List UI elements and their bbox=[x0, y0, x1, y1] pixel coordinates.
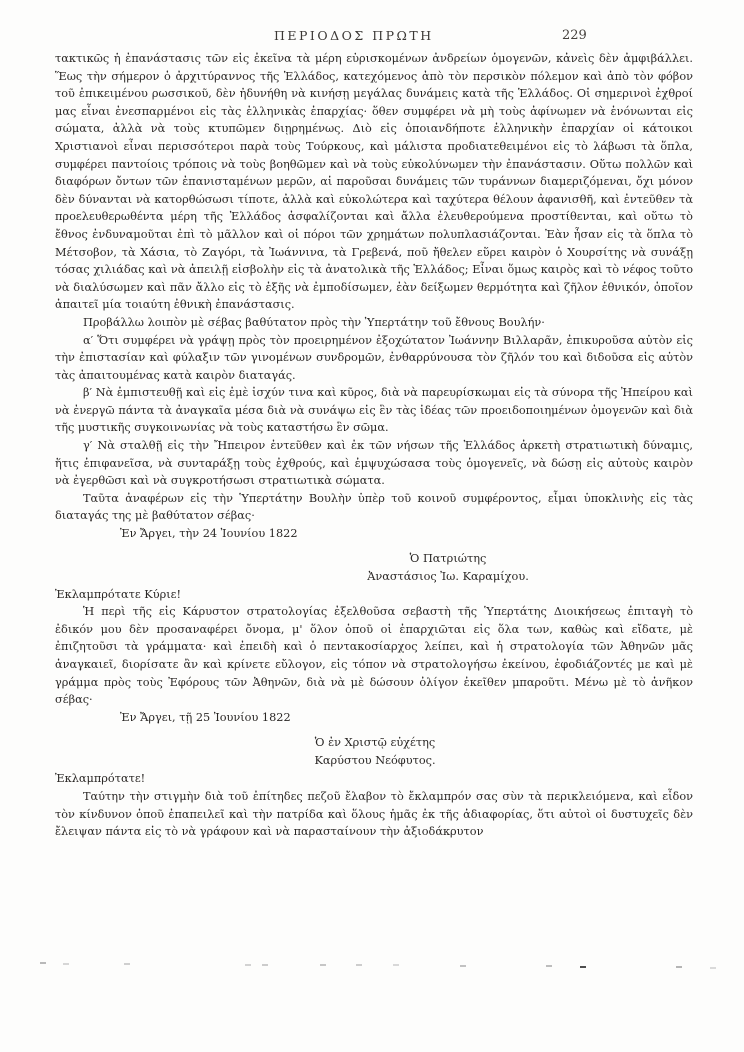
dateline-second-letter: Ἐν Ἄργει, τῇ 25 Ἰουνίου 1822 bbox=[55, 709, 693, 727]
dateline-first-letter: Ἐν Ἄργει, τὴν 24 Ἰουνίου 1822 bbox=[55, 525, 693, 543]
page-number: 229 bbox=[562, 28, 587, 43]
third-letter-paragraph: Ταύτην τὴν στιγμὴν διὰ τοῦ ἐπίτηδες πεζο… bbox=[55, 788, 693, 841]
signature-role: Ὁ ἐν Χριστῷ εὐχέτης bbox=[245, 734, 505, 752]
signature-name: Καρύστου Νεόφυτος. bbox=[245, 752, 505, 770]
scanned-book-page: ΠΕΡΙΟΔΟΣ ΠΡΩΤΗ 229 τακτικῶς ἡ ἐπανάστασι… bbox=[0, 0, 744, 1052]
body-paragraph-continuation: τακτικῶς ἡ ἐπανάστασις τῶν εἰς ἐκεῖνα τὰ… bbox=[55, 50, 693, 314]
proposal-item-alpha: α′ Ὅτι συμφέρει νὰ γράψῃ πρὸς τὸν προειρ… bbox=[55, 332, 693, 385]
signature-name: Ἀναστάσιος Ἰω. Καραμίχου. bbox=[318, 568, 578, 586]
closing-paragraph: Ταῦτα ἀναφέρων εἰς τὴν Ὑπερτάτην Βουλὴν … bbox=[55, 490, 693, 525]
signature-block-neophytos: Ὁ ἐν Χριστῷ εὐχέτης Καρύστου Νεόφυτος. bbox=[245, 734, 505, 770]
proposal-item-gamma: γ′ Νὰ σταλθῇ εἰς τὴν Ἤπειρον ἐντεῦθεν κα… bbox=[55, 437, 693, 490]
salutation-second-letter: Ἐκλαμπρότατε Κύριε! bbox=[55, 586, 693, 604]
signature-role: Ὁ Πατριώτης bbox=[318, 550, 578, 568]
salutation-third-letter: Ἐκλαμπρότατε! bbox=[55, 770, 693, 788]
proposal-item-beta: β′ Νὰ ἐμπιστευθῇ καὶ εἰς ἐμὲ ἰσχύν τινα … bbox=[55, 384, 693, 437]
text-column: τακτικῶς ἡ ἐπανάστασις τῶν εἰς ἐκεῖνα τὰ… bbox=[55, 50, 693, 841]
second-letter-paragraph: Ἡ περὶ τῆς εἰς Κάρυστον στρατολογίας ἐξε… bbox=[55, 603, 693, 709]
proposal-intro-paragraph: Προβάλλω λοιπὸν μὲ σέβας βαθύτατον πρὸς … bbox=[55, 314, 693, 332]
signature-block-karamichou: Ὁ Πατριώτης Ἀναστάσιος Ἰω. Καραμίχου. bbox=[318, 550, 578, 586]
scan-artifact-specks bbox=[0, 962, 6, 964]
running-header-title: ΠΕΡΙΟΔΟΣ ΠΡΩΤΗ bbox=[274, 28, 434, 43]
